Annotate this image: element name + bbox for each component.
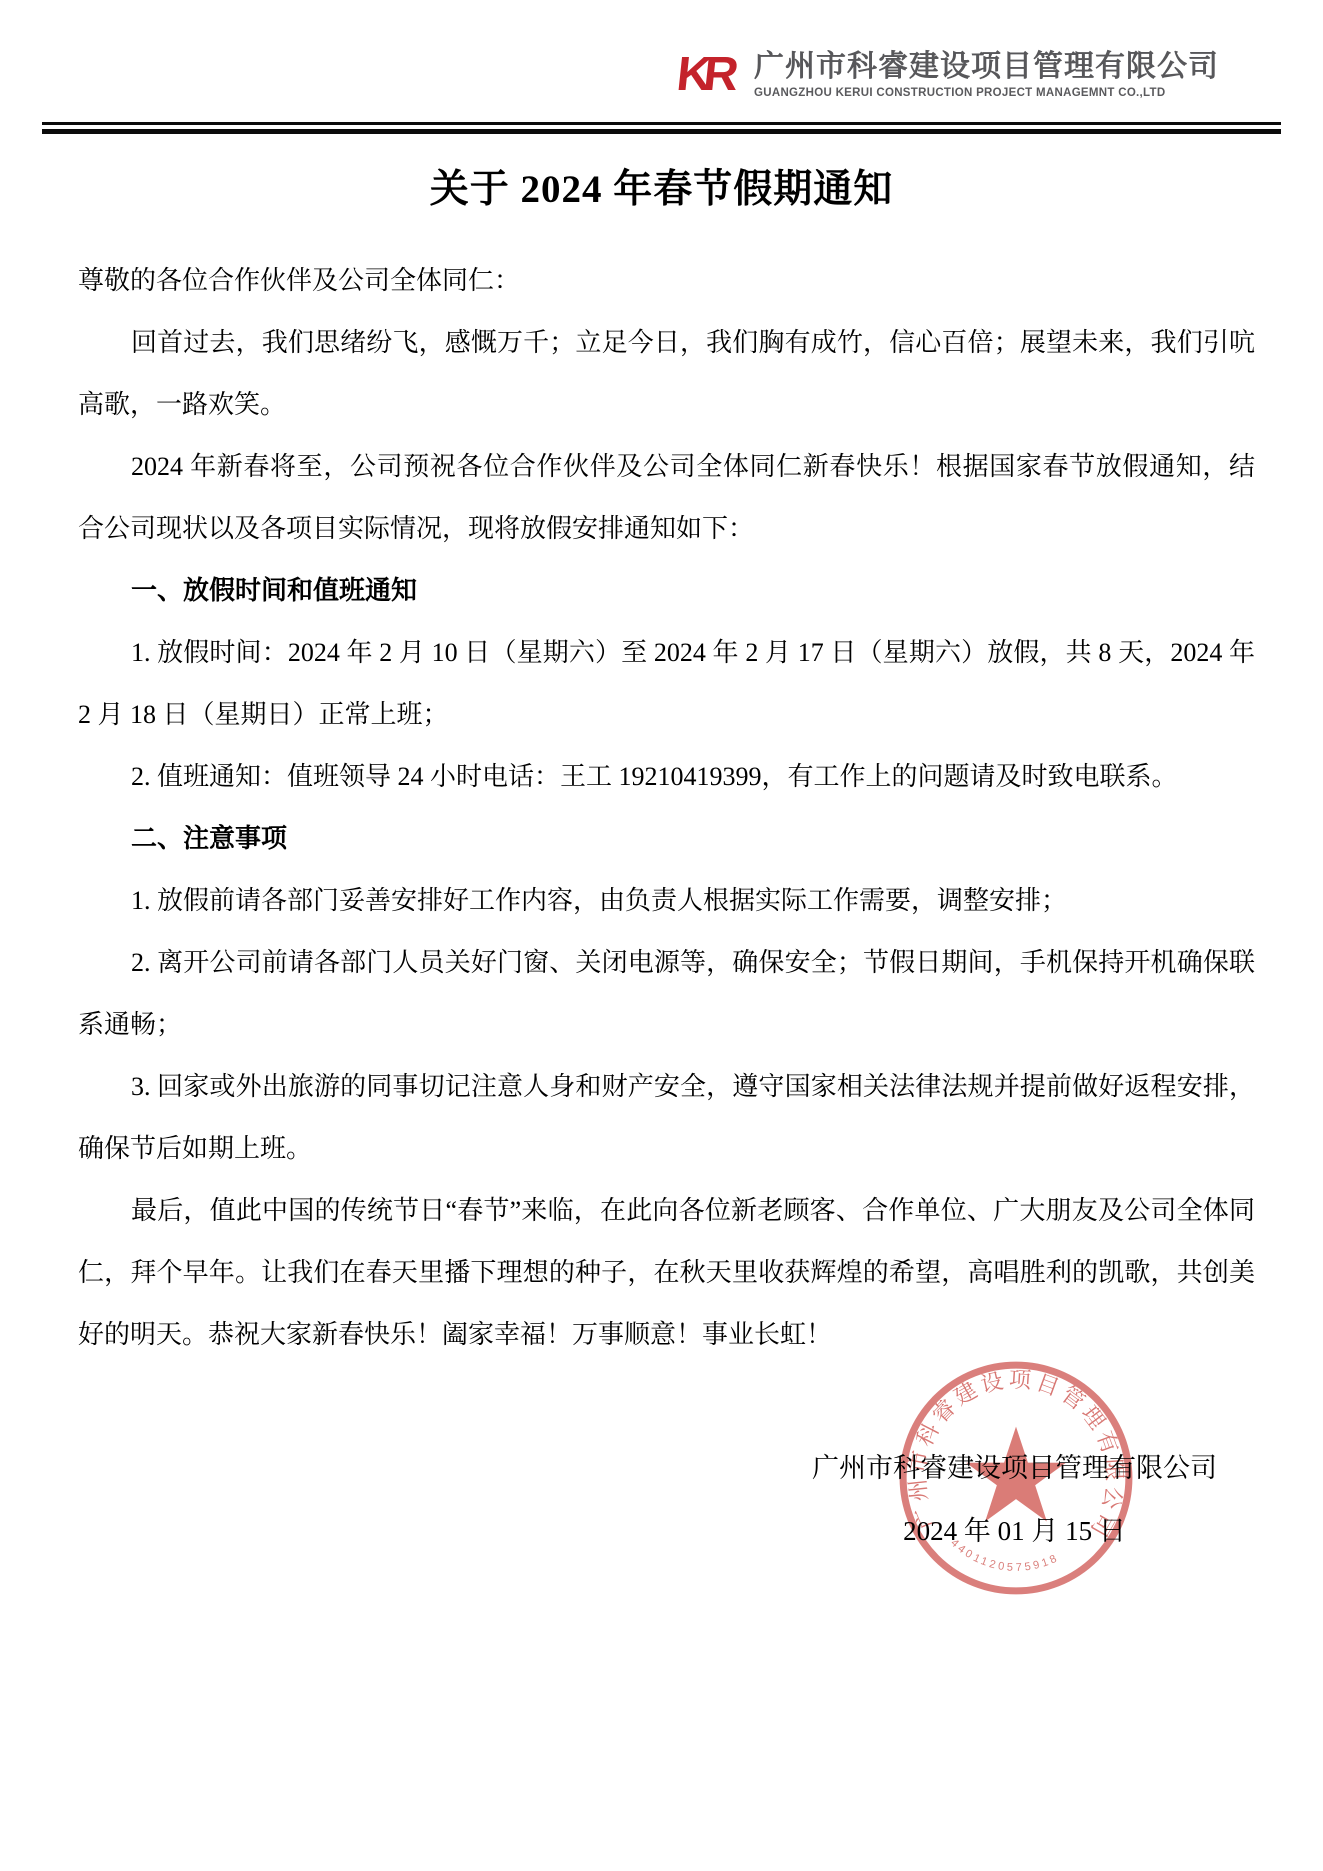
body-paragraphs: 尊敬的各位合作伙伴及公司全体同仁：回首过去，我们思绪纷飞，感慨万千；立足今日，我… (78, 250, 1255, 1366)
body-paragraph: 2. 离开公司前请各部门人员关好门窗、关闭电源等，确保安全；节假日期间，手机保持… (78, 932, 1255, 1056)
company-name-en: GUANGZHOU KERUI CONSTRUCTION PROJECT MAN… (754, 87, 1219, 100)
section-heading: 一、放假时间和值班通知 (78, 560, 1255, 622)
body-paragraph: 回首过去，我们思绪纷飞，感慨万千；立足今日，我们胸有成竹，信心百倍；展望未来，我… (78, 312, 1255, 436)
body-paragraph: 1. 放假时间：2024 年 2 月 10 日（星期六）至 2024 年 2 月… (78, 622, 1255, 746)
document-page: KR 广州市科睿建设项目管理有限公司 GUANGZHOU KERUI CONST… (0, 0, 1323, 1871)
body-paragraph: 最后，值此中国的传统节日“春节”来临，在此向各位新老顾客、合作单位、广大朋友及公… (78, 1180, 1255, 1366)
body-paragraph: 2. 值班通知：值班领导 24 小时电话：王工 19210419399，有工作上… (78, 746, 1255, 808)
body-paragraph: 尊敬的各位合作伙伴及公司全体同仁： (78, 250, 1255, 312)
header-rule (42, 122, 1281, 134)
letterhead: KR 广州市科睿建设项目管理有限公司 GUANGZHOU KERUI CONST… (677, 50, 1219, 100)
body-paragraph: 3. 回家或外出旅游的同事切记注意人身和财产安全，遵守国家相关法律法规并提前做好… (78, 1056, 1255, 1180)
company-name-block: 广州市科睿建设项目管理有限公司 GUANGZHOU KERUI CONSTRUC… (754, 50, 1219, 100)
body-paragraph: 1. 放假前请各部门妥善安排好工作内容，由负责人根据实际工作需要，调整安排； (78, 870, 1255, 932)
document-title: 关于 2024 年春节假期通知 (0, 158, 1323, 214)
section-heading: 二、注意事项 (78, 808, 1255, 870)
signature-block: 广州市科睿建设项目管理有限公司 2024 年 01 月 15 日 (812, 1437, 1217, 1563)
body-paragraph: 2024 年新春将至，公司预祝各位合作伙伴及公司全体同仁新春快乐！根据国家春节放… (78, 436, 1255, 560)
signature-company: 广州市科睿建设项目管理有限公司 (812, 1437, 1217, 1500)
signature-date: 2024 年 01 月 15 日 (812, 1500, 1217, 1563)
header-rule-thick-line (42, 129, 1281, 134)
company-name-cn: 广州市科睿建设项目管理有限公司 (754, 50, 1219, 84)
company-logo: KR (674, 51, 740, 99)
